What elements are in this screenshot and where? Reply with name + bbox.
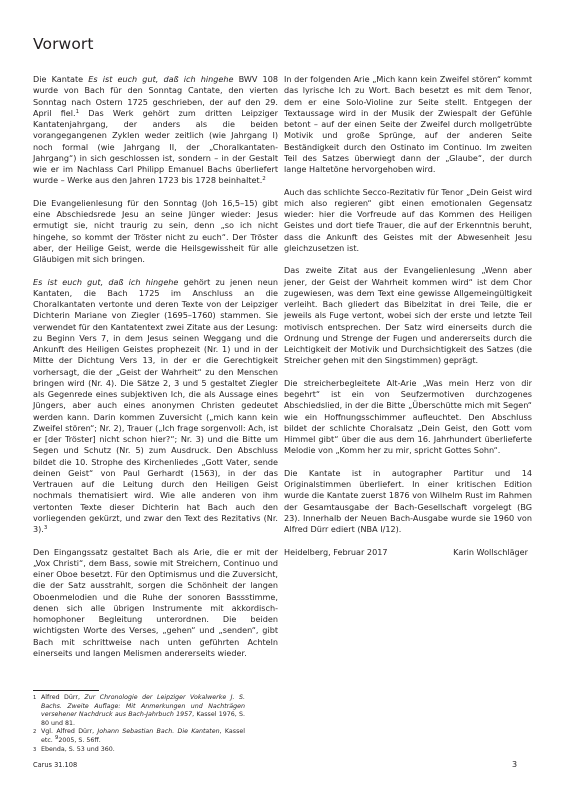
footnote-divider	[33, 690, 99, 691]
paragraph: Die Kantate ist in autographer Partitur …	[284, 468, 532, 536]
page-title: Vorwort	[33, 35, 94, 53]
place-date: Heidelberg, Februar 2017	[284, 547, 388, 558]
paragraph: Die Evangelienlesung für den Sonntag (Jo…	[33, 198, 278, 266]
footnote-number: 1	[33, 694, 41, 728]
paragraph: Den Eingangssatz gestaltet Bach als Arie…	[33, 547, 278, 660]
left-text-column: Die Kantate Es ist euch gut, daß ich hin…	[33, 74, 278, 659]
paragraph: Das zweite Zitat aus der Evangelienlesun…	[284, 265, 532, 366]
footnote: 3 Ebenda, S. 53 und 360.	[33, 746, 245, 755]
author-name: Karin Wollschläger	[453, 547, 532, 558]
page-number: 3	[512, 760, 517, 769]
catalog-number: Carus 31.108	[33, 761, 77, 769]
footnotes: 1 Alfred Dürr, Zur Chronologie der Leipz…	[33, 694, 245, 754]
footnote: 2 Vgl. Alfred Dürr, Johann Sebastian Bac…	[33, 728, 245, 745]
footnote-text: Ebenda, S. 53 und 360.	[41, 746, 245, 755]
paragraph: Auch das schlichte Secco-Rezitativ für T…	[284, 187, 532, 255]
footnote-text: Vgl. Alfred Dürr, Johann Sebastian Bach.…	[41, 728, 245, 745]
paragraph: Die streicherbegleitete Alt-Arie „Was me…	[284, 378, 532, 457]
paragraph: Es ist euch gut, daß ich hingehe gehört …	[33, 277, 278, 536]
right-text-column: In der folgenden Arie „Mich kann kein Zw…	[284, 74, 532, 558]
footnote-number: 3	[33, 746, 41, 755]
footnote: 1 Alfred Dürr, Zur Chronologie der Leipz…	[33, 694, 245, 728]
footnote-number: 2	[33, 728, 41, 745]
footnote-text: Alfred Dürr, Zur Chronologie der Leipzig…	[41, 694, 245, 728]
paragraph: Die Kantate Es ist euch gut, daß ich hin…	[33, 74, 278, 187]
paragraph: In der folgenden Arie „Mich kann kein Zw…	[284, 74, 532, 175]
signature-line: Heidelberg, Februar 2017 Karin Wollschlä…	[284, 547, 532, 558]
